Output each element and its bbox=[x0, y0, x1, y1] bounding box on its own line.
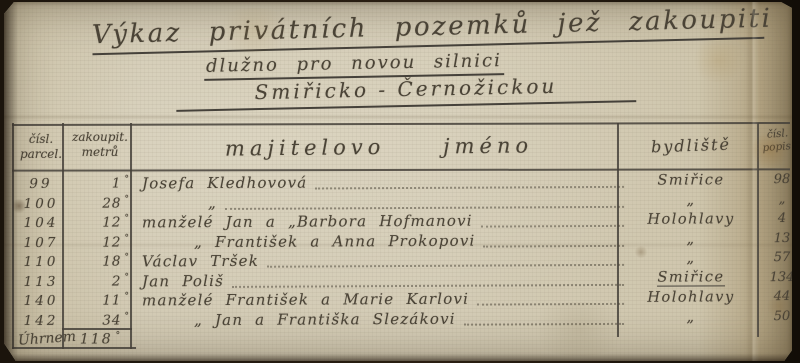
table-border-left bbox=[12, 123, 14, 349]
owner-name-cell: Václav Tršek bbox=[142, 249, 628, 271]
meters-value: 2 bbox=[112, 273, 122, 289]
total-meters-value: 118° bbox=[66, 331, 136, 348]
residence-name: „ bbox=[686, 309, 695, 325]
document-page: Výkaz privátních pozemků jež zakoupiti d… bbox=[4, 2, 792, 361]
dotted-leader-line bbox=[484, 244, 625, 247]
meters-value: 28 bbox=[102, 195, 121, 211]
header-parcel-line2: parcel. bbox=[18, 147, 64, 162]
header-parcel-line1: čísl. bbox=[18, 132, 64, 147]
house-number: 4 bbox=[778, 211, 786, 226]
meters-cell: 12° bbox=[66, 232, 130, 252]
residence-name: „ bbox=[686, 192, 695, 208]
parcel-number: 140 bbox=[24, 293, 59, 309]
table-row: 14234°„ Jan a Františka Slezákovi„50 bbox=[16, 306, 796, 330]
house-number: 44 bbox=[774, 289, 791, 304]
house-number-cell: 4 bbox=[761, 209, 800, 229]
dotted-leader-line bbox=[225, 205, 624, 209]
residence-cell: „ bbox=[621, 307, 761, 327]
square-fathom-mark: ° bbox=[124, 311, 130, 321]
meters-cell: 11° bbox=[66, 290, 130, 310]
header-parcel-number: čísl. parcel. bbox=[18, 132, 64, 162]
square-fathom-mark: ° bbox=[116, 331, 123, 341]
residence-cell: „ bbox=[621, 229, 761, 249]
meters-value: 1 bbox=[112, 175, 122, 191]
meters-cell: 1° bbox=[66, 173, 130, 193]
header-owner-name: majitelovo jméno bbox=[144, 132, 614, 163]
meters-cell: 34° bbox=[66, 310, 130, 330]
meters-value: 18 bbox=[102, 253, 121, 269]
parcel-number: 107 bbox=[24, 234, 59, 250]
dotted-leader-line bbox=[267, 263, 624, 267]
parcel-number: 100 bbox=[24, 195, 59, 211]
meters-cell: 18° bbox=[66, 251, 130, 271]
owner-name: manželé František a Marie Karlovi bbox=[142, 289, 469, 309]
residence-cell: „ bbox=[621, 248, 761, 268]
house-number: „ bbox=[779, 192, 786, 207]
house-number-cell: 134 bbox=[761, 267, 800, 287]
house-number: 13 bbox=[774, 231, 791, 246]
header-meters-to-buy: zakoupit. metrů bbox=[68, 130, 132, 160]
table-border-top bbox=[12, 122, 790, 126]
owner-name: „ bbox=[142, 193, 217, 211]
house-number-cell: 44 bbox=[761, 287, 800, 307]
header-meters-line1: zakoupit. bbox=[68, 130, 132, 145]
parcel-number: 110 bbox=[24, 254, 59, 270]
house-number-cell: 13 bbox=[761, 228, 800, 248]
square-fathom-mark: ° bbox=[124, 194, 130, 204]
header-house-line2: popis. bbox=[761, 140, 796, 155]
owner-name: Josefa Kledhovová bbox=[142, 173, 307, 192]
dotted-leader-line bbox=[481, 224, 624, 227]
dotted-leader-line bbox=[315, 185, 624, 189]
parcel-number-cell: 113 bbox=[16, 271, 66, 291]
parcel-number-cell: 99 bbox=[16, 174, 66, 194]
owner-name-cell: manželé Jan a „Barbora Hofmanovi bbox=[142, 210, 628, 232]
house-number: 50 bbox=[774, 309, 791, 324]
square-fathom-mark: ° bbox=[124, 272, 130, 282]
meters-cell: 12° bbox=[66, 212, 130, 232]
owner-name-cell: Josefa Kledhovová bbox=[142, 171, 628, 193]
owner-name: „ Jan a Františka Slezákovi bbox=[142, 309, 456, 329]
square-fathom-mark: ° bbox=[124, 213, 130, 223]
residence-name: „ bbox=[686, 250, 695, 266]
residence-cell: Holohlavy bbox=[621, 209, 761, 229]
header-residence: bydliště bbox=[624, 134, 759, 159]
square-fathom-mark: ° bbox=[124, 233, 130, 243]
meters-value: 34 bbox=[102, 312, 121, 328]
parcel-number-cell: 104 bbox=[16, 213, 66, 233]
residence-name: Smiřice bbox=[657, 172, 724, 188]
owner-name-cell: Jan Poliš bbox=[142, 268, 628, 290]
meters-value: 12 bbox=[102, 214, 121, 230]
residence-name: Holohlavy bbox=[647, 289, 734, 305]
residence-name: Smiřice bbox=[657, 269, 724, 286]
dotted-leader-line bbox=[464, 322, 624, 325]
dotted-leader-line bbox=[477, 302, 624, 305]
owner-name: „ František a Anna Prokopovi bbox=[142, 231, 476, 251]
owner-name: Václav Tršek bbox=[142, 252, 259, 271]
header-house-number: čísl. popis. bbox=[760, 127, 796, 156]
document-title-line1: Výkaz privátních pozemků jež zakoupiti bbox=[92, 4, 765, 55]
total-meters-number: 118 bbox=[80, 332, 113, 348]
parcel-number-cell: 110 bbox=[16, 252, 66, 272]
owner-name: Jan Poliš bbox=[142, 271, 224, 289]
residence-cell: Smiřice bbox=[621, 268, 761, 288]
meters-value: 11 bbox=[102, 292, 121, 308]
parcel-number-cell: 107 bbox=[16, 232, 66, 252]
meters-value: 12 bbox=[102, 234, 121, 250]
residence-cell: „ bbox=[621, 190, 761, 210]
residence-cell: Smiřice bbox=[621, 170, 761, 190]
house-number: 57 bbox=[774, 250, 791, 265]
house-number: 98 bbox=[774, 172, 791, 187]
parcel-number: 99 bbox=[29, 176, 52, 192]
square-fathom-mark: ° bbox=[124, 291, 130, 301]
square-fathom-mark: ° bbox=[124, 252, 130, 262]
residence-cell: Holohlavy bbox=[621, 287, 761, 307]
house-number-cell: „ bbox=[761, 189, 800, 209]
meters-cell: 2° bbox=[66, 271, 130, 291]
meters-cell: 28° bbox=[66, 193, 130, 213]
owner-name: manželé Jan a „Barbora Hofmanovi bbox=[142, 211, 473, 231]
parcel-number-cell: 100 bbox=[16, 193, 66, 213]
horizontal-fold-crease-upper bbox=[4, 114, 792, 120]
owner-name-cell: „ bbox=[142, 190, 628, 212]
photo-background: { "document": { "title": { "line1": "Výk… bbox=[0, 0, 800, 363]
residence-name: Holohlavy bbox=[647, 211, 734, 227]
house-number-cell: 50 bbox=[761, 306, 800, 326]
parcel-number-cell: 140 bbox=[16, 291, 66, 311]
paper-bottom-edge-shadow bbox=[4, 353, 792, 361]
square-fathom-mark: ° bbox=[124, 174, 130, 184]
owner-name-cell: „ František a Anna Prokopovi bbox=[142, 229, 628, 251]
house-number-cell: 57 bbox=[761, 248, 800, 268]
parcel-number: 104 bbox=[24, 215, 59, 231]
parcel-number: 113 bbox=[24, 273, 59, 289]
residence-name: „ bbox=[686, 231, 695, 247]
parcel-number-cell: 142 bbox=[16, 310, 66, 330]
header-meters-line2: metrů bbox=[68, 145, 132, 160]
house-number: 134 bbox=[770, 270, 795, 285]
owner-name-cell: manželé František a Marie Karlovi bbox=[142, 288, 628, 310]
parcel-number: 142 bbox=[24, 312, 59, 328]
paper-stain bbox=[690, 38, 746, 82]
house-number-cell: 98 bbox=[761, 170, 800, 190]
dotted-leader-line bbox=[232, 283, 624, 287]
owner-name-cell: „ Jan a Františka Slezákovi bbox=[142, 307, 628, 329]
